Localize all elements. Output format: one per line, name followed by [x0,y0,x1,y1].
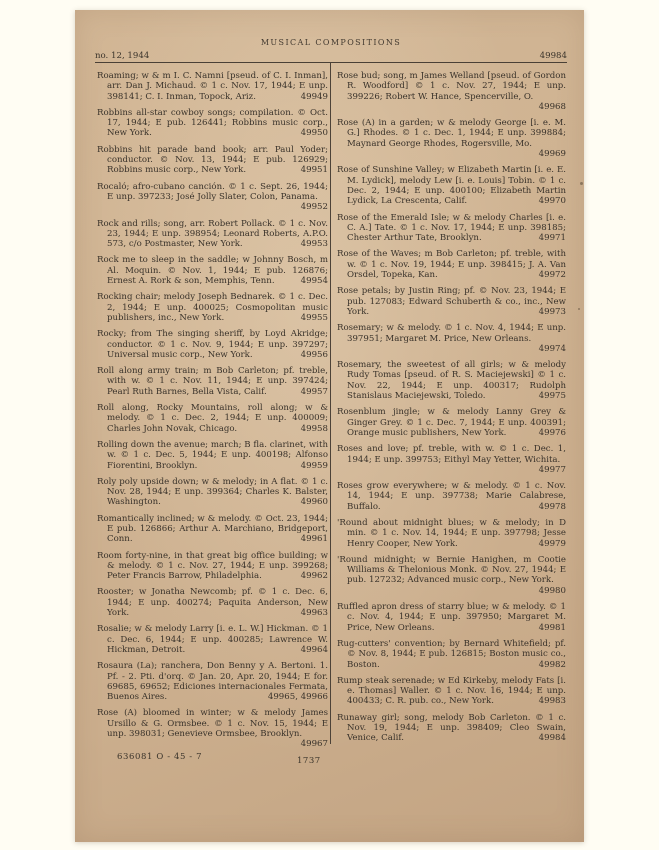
catalog-entry: Rose bud; song, m James Welland [pseud. … [337,71,566,112]
entry-number: 49979 [531,539,566,549]
catalog-entry: Runaway girl; song, melody Bob Carleton.… [337,713,566,744]
scanned-catalog-page: MUSICAL COMPOSITIONS no. 12, 1944 49984 … [75,10,584,842]
entry-number: 49967 [293,739,328,749]
running-head: MUSICAL COMPOSITIONS [95,38,567,47]
entry-text: Rose (A) bloomed in winter; w & melody J… [97,708,328,739]
column-divider [330,62,331,744]
entry-number: 49954 [293,276,328,286]
catalog-entry: 'Round about midnight blues; w & melody;… [337,518,566,549]
entry-text: Rosemary; w & melody. © 1 c. Nov. 4, 194… [337,323,566,343]
catalog-entry: Rocaló; afro-cubano canción. © 1 c. Sept… [97,182,328,213]
catalog-entry: Roses grow everywhere; w & melody. © 1 c… [337,481,566,512]
entry-text: Rose (A) in a garden; w & melody George … [337,118,566,149]
catalog-entry: Roll along, Rocky Mountains, roll along;… [97,403,328,434]
entry-text: 'Round midnight; w Bernie Hanighen, m Co… [337,555,566,586]
entry-number: 49976 [531,428,566,438]
page-number: 1737 [297,756,321,766]
entry-number: 49964 [293,645,328,655]
entry-number: 49970 [531,196,566,206]
catalog-entry: Roaming; w & m I. C. Namni [pseud. of C.… [97,71,328,102]
entry-number: 49957 [293,387,328,397]
entry-number: 49958 [293,424,328,434]
catalog-entry: Ruffled apron dress of starry blue; w & … [337,602,566,633]
right-column: Rose bud; song, m James Welland [pseud. … [337,71,566,750]
entry-number: 49981 [531,623,566,633]
catalog-entry: Rosemary; w & melody. © 1 c. Nov. 4, 194… [337,323,566,354]
entry-number: 49959 [293,461,328,471]
entry-text: Rocaló; afro-cubano canción. © 1 c. Sept… [97,182,328,202]
entry-number: 49980 [531,586,566,596]
catalog-entry: Rose petals; by Justin Ring; pf. © Nov. … [337,286,566,317]
catalog-entry: Rug-cutters' convention; by Bernard Whit… [337,639,566,670]
catalog-entry: Rose (A) bloomed in winter; w & melody J… [97,708,328,749]
entry-number: 49983 [531,696,566,706]
entry-number: 49949 [293,92,328,102]
entry-number: 49956 [293,350,328,360]
catalog-entry: Rose of the Waves; m Bob Carleton; pf. t… [337,249,566,280]
entry-number: 49952 [293,202,328,212]
paper-speck [578,308,580,310]
entry-number: 49965, 49966 [260,692,328,702]
entry-number: 49977 [531,465,566,475]
catalog-entry: Rock and rills; song, arr. Robert Pollac… [97,219,328,250]
catalog-entry: Rolling down the avenue; march; B fla. c… [97,440,328,471]
catalog-entry: 'Round midnight; w Bernie Hanighen, m Co… [337,555,566,596]
entry-number: 49961 [293,534,328,544]
entry-number: 49984 [531,733,566,743]
catalog-entry: Rose of Sunshine Valley; w Elizabeth Mar… [337,165,566,206]
catalog-entry: Robbins all-star cowboy songs; compilati… [97,108,328,139]
catalog-entry: Rosalie; w & melody Larry [i. e. L. W.] … [97,624,328,655]
left-column: Roaming; w & m I. C. Namni [pseud. of C.… [97,71,328,756]
catalog-entry: Romantically inclined; w & melody. © Oct… [97,514,328,545]
entry-number: 49982 [531,660,566,670]
entry-number: 49960 [293,497,328,507]
entry-number: 49953 [293,239,328,249]
entry-text: Roses and love; pf. treble, with w. © 1 … [337,444,566,464]
catalog-entry: Robbins hit parade band book; arr. Paul … [97,145,328,176]
entry-number: 49955 [293,313,328,323]
paper-speck [580,182,583,185]
issue-number: no. 12, 1944 [95,51,149,61]
catalog-entry: Rosaura (La); ranchera, Don Benny y A. B… [97,661,328,702]
entry-number: 49951 [293,165,328,175]
entry-number: 49962 [293,571,328,581]
catalog-entry: Rosenblum jingle; w & melody Lanny Grey … [337,407,566,438]
entry-number: 49978 [531,502,566,512]
header-row: no. 12, 1944 49984 [95,51,567,61]
last-entry-number: 49984 [540,51,567,61]
entry-number: 49975 [531,391,566,401]
catalog-entry: Roll along army train; m Bob Carleton; p… [97,366,328,397]
entry-text: Rose bud; song, m James Welland [pseud. … [337,71,566,102]
entry-number: 49963 [293,608,328,618]
catalog-entry: Rump steak serenade; w Ed Kirkeby, melod… [337,676,566,707]
entry-number: 49950 [293,128,328,138]
catalog-entry: Roly poly upside down; w & melody; in A … [97,477,328,508]
entry-number: 49969 [531,149,566,159]
catalog-entry: Room forty-nine, in that great big offic… [97,551,328,582]
entry-number: 49974 [531,344,566,354]
catalog-entry: Rocky; from The singing sheriff, by Loyd… [97,329,328,360]
catalog-entry: Rose (A) in a garden; w & melody George … [337,118,566,159]
print-code: 636081 O - 45 - 7 [117,752,202,762]
entry-number: 49973 [531,307,566,317]
catalog-entry: Rose of the Emerald Isle; w & melody Cha… [337,213,566,244]
catalog-entry: Roses and love; pf. treble, with w. © 1 … [337,444,566,475]
entry-number: 49968 [531,102,566,112]
catalog-entry: Rosemary, the sweetest of all girls; w &… [337,360,566,401]
catalog-entry: Rocking chair; melody Joseph Bednarek. ©… [97,292,328,323]
catalog-entry: Rooster; w Jonatha Newcomb; pf. © 1 c. D… [97,587,328,618]
entry-number: 49972 [531,270,566,280]
entry-number: 49971 [531,233,566,243]
catalog-entry: Rock me to sleep in the saddle; w Johnny… [97,255,328,286]
